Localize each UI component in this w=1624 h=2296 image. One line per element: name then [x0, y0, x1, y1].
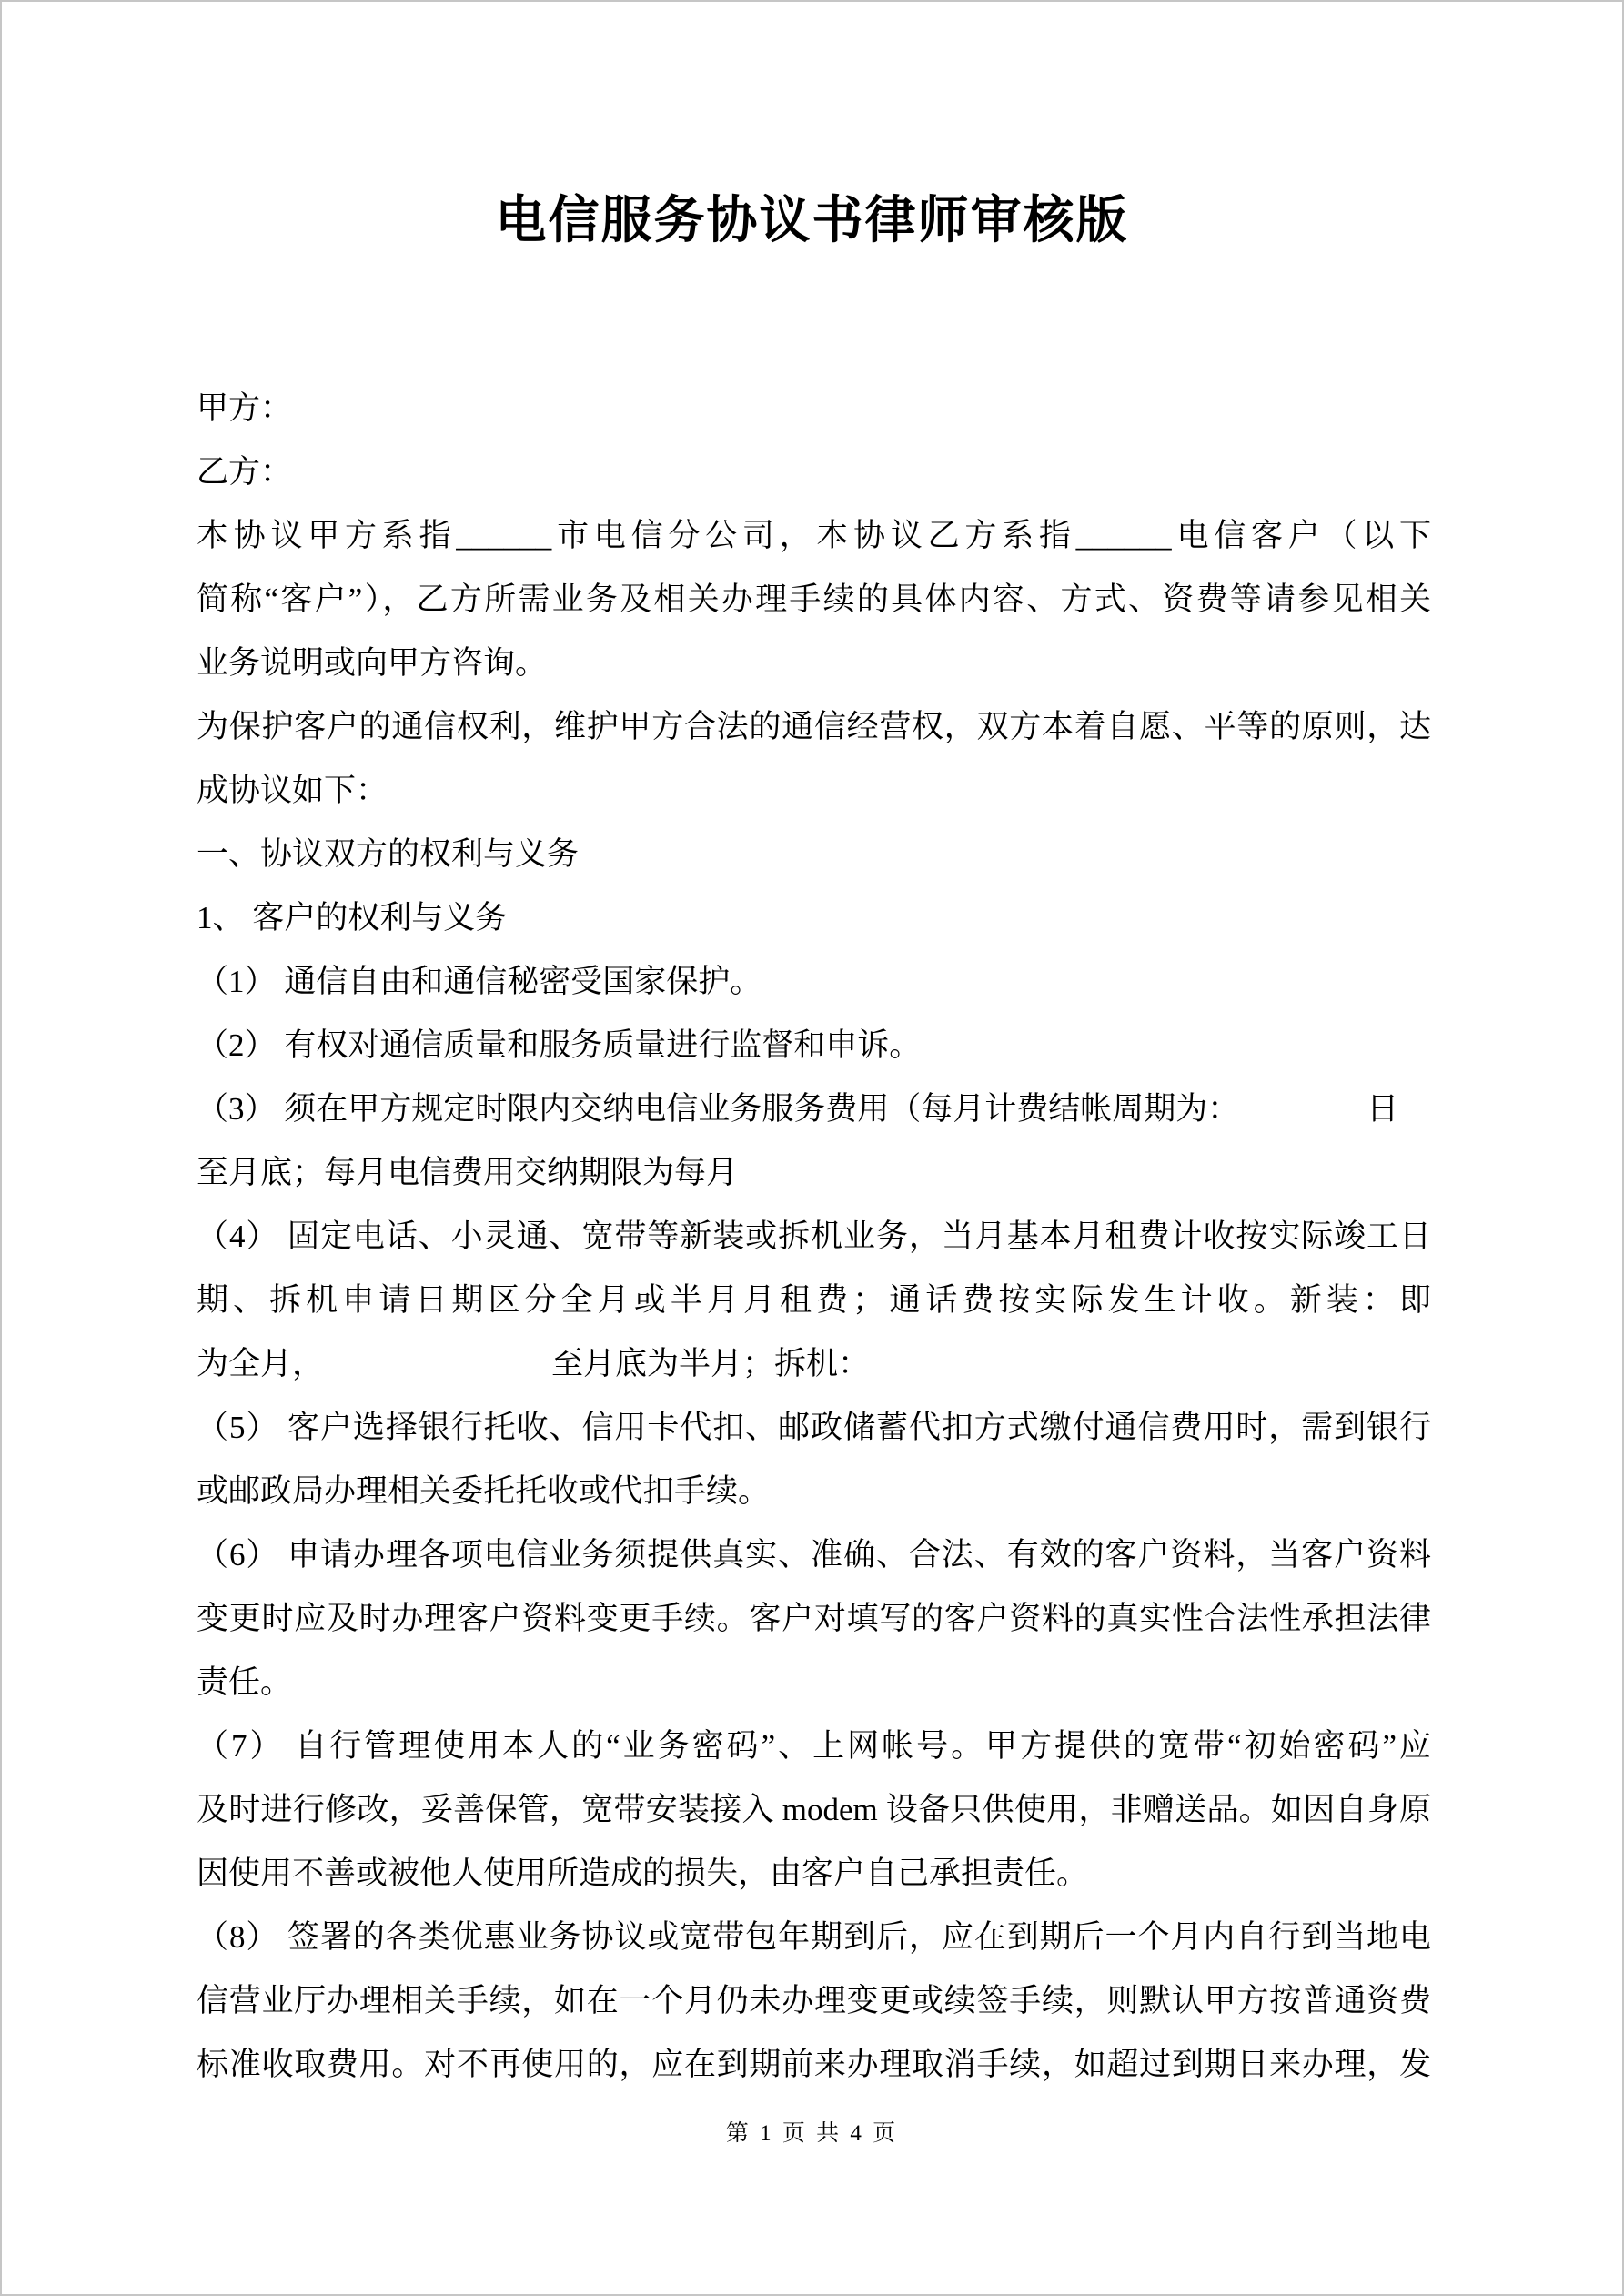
- text-line: （1） 通信自由和通信秘密受国家保护。: [197, 950, 1431, 1014]
- text-line: （7） 自行管理使用本人的“业务密码”、上网帐号。甲方提供的宽带“初始密码”应: [197, 1714, 1431, 1778]
- text-line: 至月底；每月电信费用交纳期限为每月: [197, 1141, 1431, 1205]
- text-line: 信营业厅办理相关手续，如在一个月仍未办理变更或续签手续，则默认甲方按普通资费: [197, 1969, 1431, 2033]
- text-line: （5） 客户选择银行托收、信用卡代扣、邮政储蓄代扣方式缴付通信费用时，需到银行: [197, 1396, 1431, 1460]
- text-line: 1、 客户的权利与义务: [197, 886, 1431, 950]
- blank-fill-space: [1239, 1118, 1367, 1119]
- text-line: 业务说明或向甲方咨询。: [197, 632, 1431, 695]
- text-line: 标准收取费用。对不再使用的，应在到期前来办理取消手续，如超过到期日来办理，发: [197, 2033, 1431, 2097]
- text-line: （2） 有权对通信质量和服务质量进行监督和申诉。: [197, 1014, 1431, 1077]
- document-page: 电信服务协议书律师审核版 甲方：乙方：本协议甲方系指______市电信分公司，本…: [0, 0, 1624, 2296]
- text-line: （8） 签署的各类优惠业务协议或宽带包年期到后，应在到期后一个月内自行到当地电: [197, 1906, 1431, 1969]
- text-line: 乙方：: [197, 440, 1431, 504]
- text-line: 为保护客户的通信权利，维护甲方合法的通信经营权，双方本着自愿、平等的原则，达: [197, 695, 1431, 759]
- text-line: 甲方：: [197, 377, 1431, 440]
- text-line: 变更时应及时办理客户资料变更手续。客户对填写的客户资料的真实性合法性承担法律: [197, 1587, 1431, 1651]
- text-line: 简称“客户”），乙方所需业务及相关办理手续的具体内容、方式、资费等请参见相关: [197, 568, 1431, 632]
- text-line: （6） 申请办理各项电信业务须提供真实、准确、合法、有效的客户资料，当客户资料: [197, 1523, 1431, 1587]
- page-number-footer: 第 1 页 共 4 页: [2, 2115, 1622, 2148]
- text-line: 责任。: [197, 1651, 1431, 1714]
- document-lines: 甲方：乙方：本协议甲方系指______市电信分公司，本协议乙方系指______电…: [197, 377, 1431, 2097]
- text-line: 或邮政局办理相关委托托收或代扣手续。: [197, 1460, 1431, 1523]
- text-line: 成协议如下：: [197, 759, 1431, 823]
- blank-fill-space: [324, 1373, 551, 1374]
- text-line: 期、拆机申请日期区分全月或半月月租费；通话费按实际发生计收。新装：即: [197, 1269, 1431, 1332]
- text-line: 为全月，至月底为半月；拆机：: [197, 1332, 1431, 1396]
- text-line: 及时进行修改，妥善保管，宽带安装接入 modem 设备只供使用，非赠送品。如因自…: [197, 1778, 1431, 1842]
- text-line: 一、协议双方的权利与义务: [197, 823, 1431, 886]
- text-line: 本协议甲方系指______市电信分公司，本协议乙方系指______电信客户（以下: [197, 504, 1431, 568]
- document-title: 电信服务协议书律师审核版: [2, 184, 1622, 257]
- text-line: （3） 须在甲方规定时限内交纳电信业务服务费用（每月计费结帐周期为：日: [197, 1077, 1431, 1141]
- text-line: 因使用不善或被他人使用所造成的损失，由客户自己承担责任。: [197, 1842, 1431, 1906]
- text-line: （4） 固定电话、小灵通、宽带等新装或拆机业务，当月基本月租费计收按实际竣工日: [197, 1205, 1431, 1269]
